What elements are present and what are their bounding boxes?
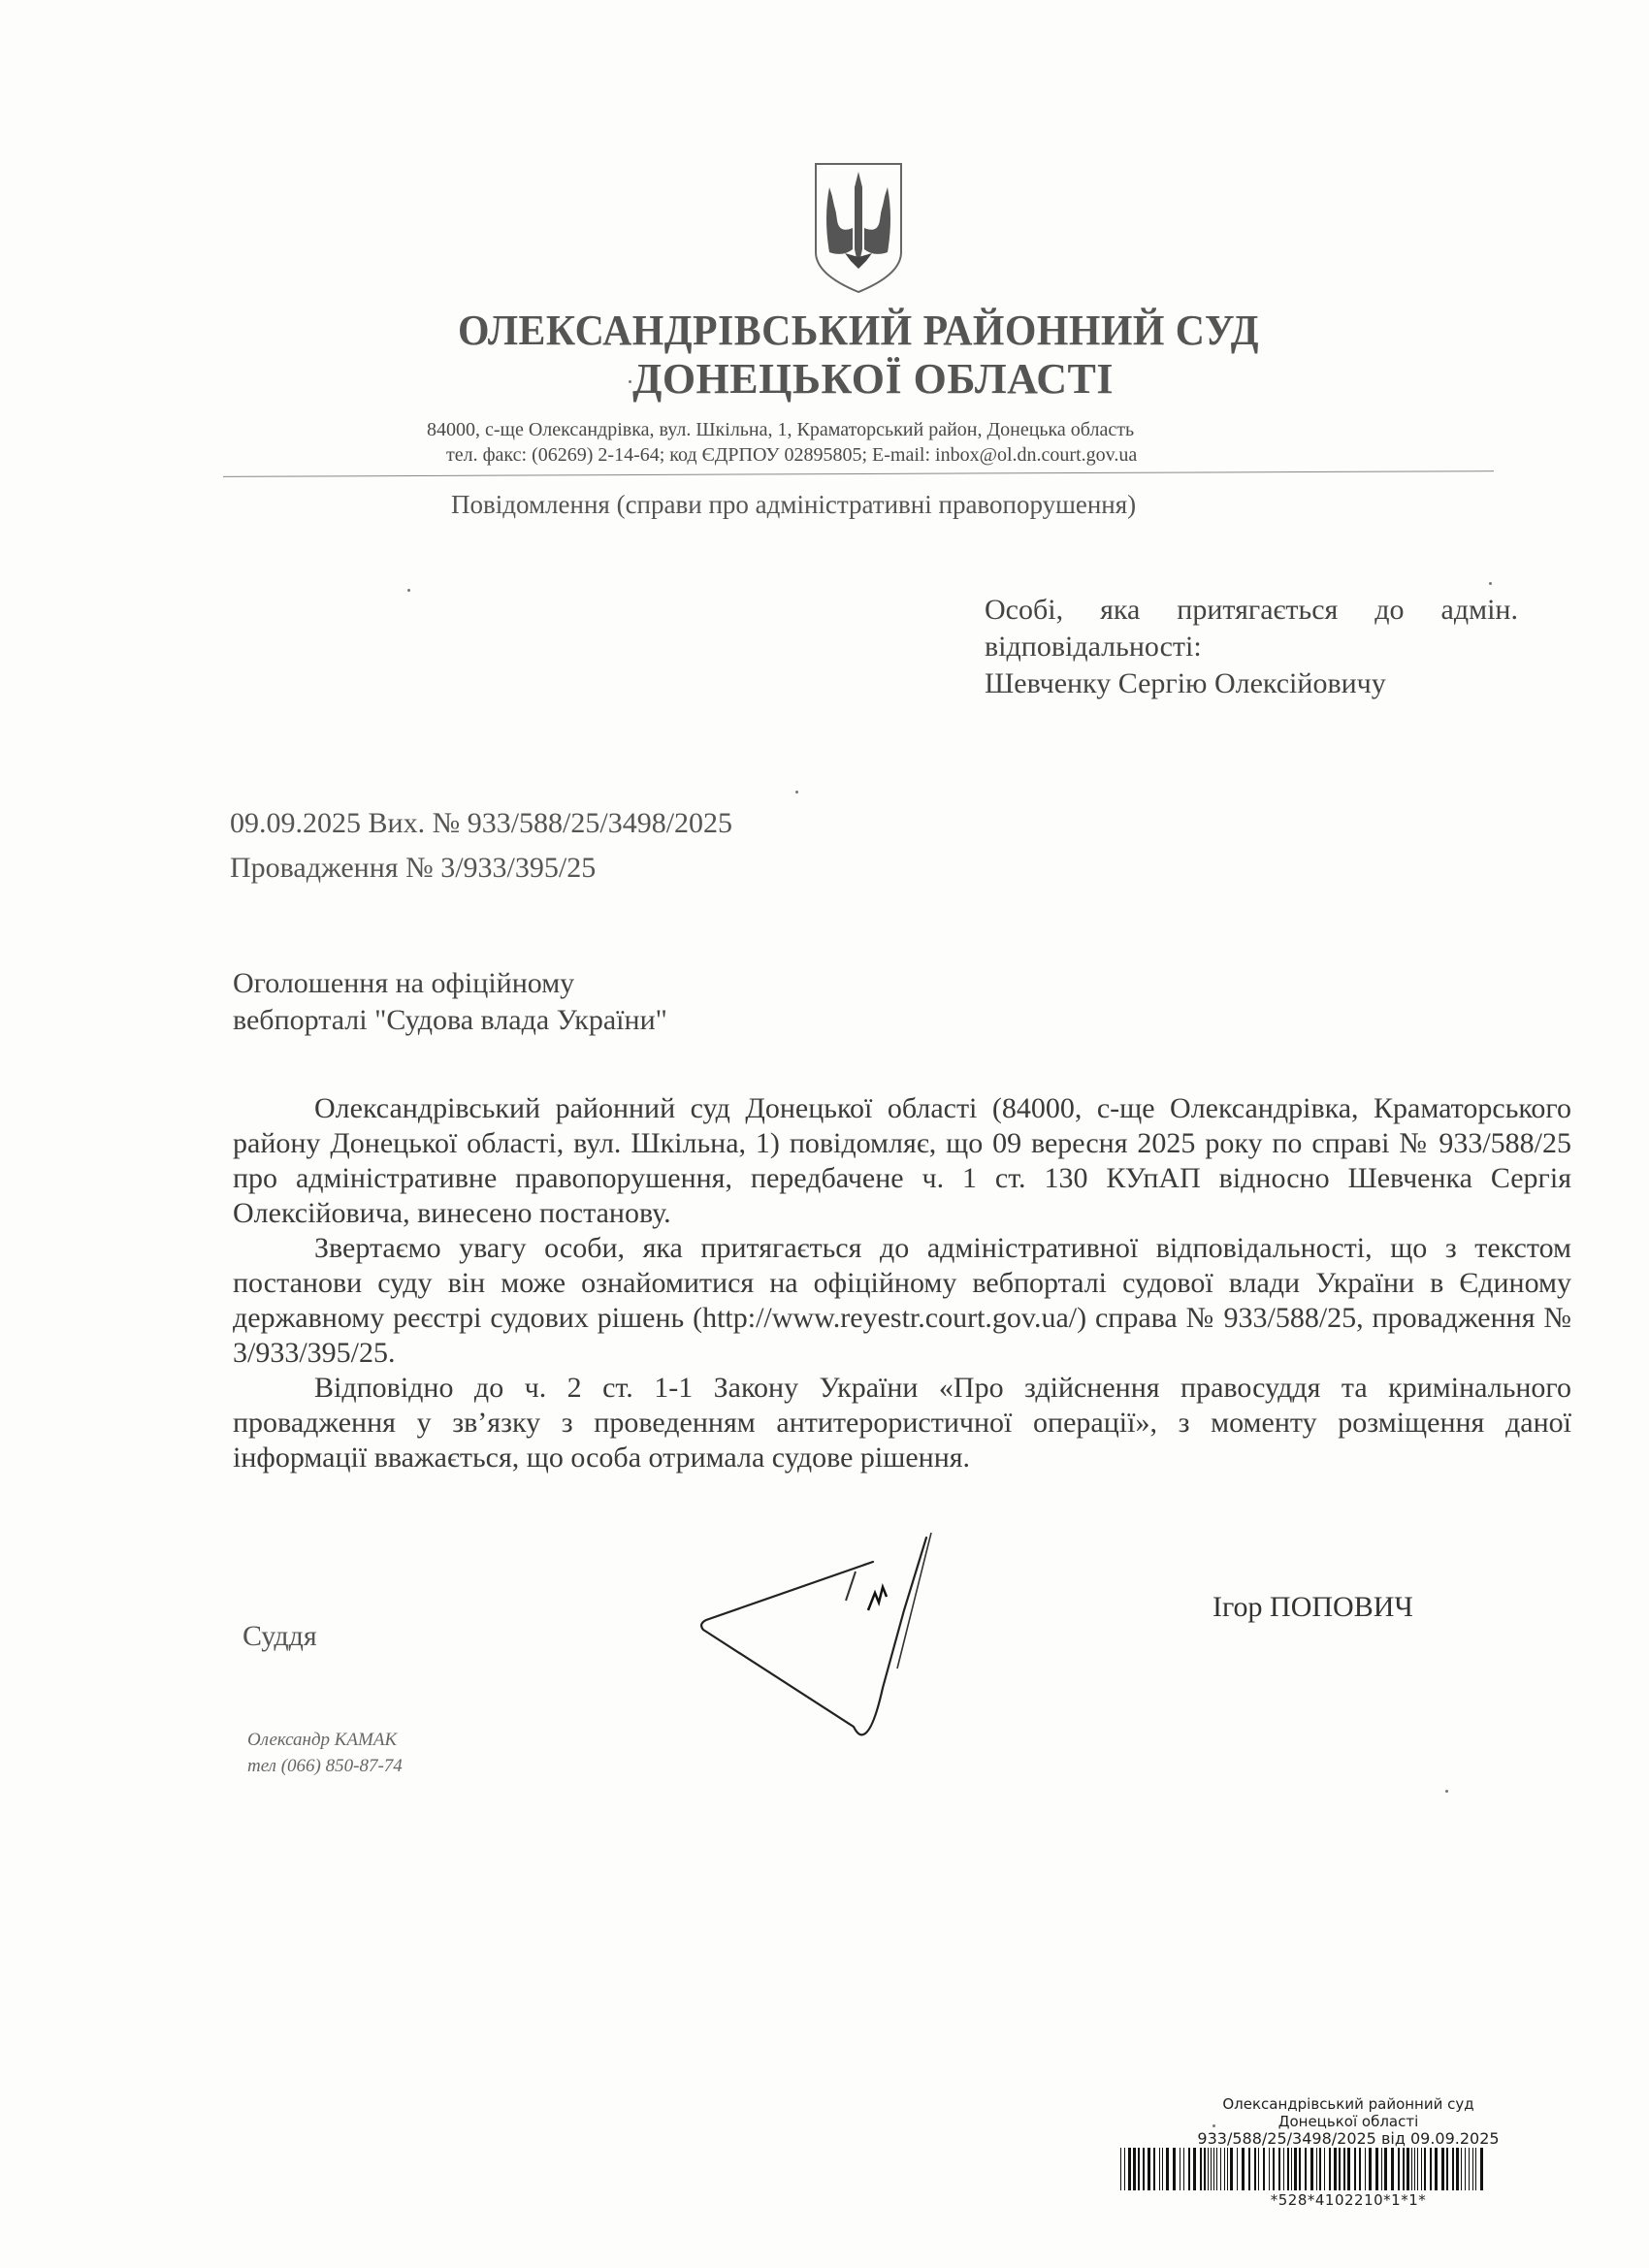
notice-body: Олександрівський районний суд Донецької … — [233, 1091, 1571, 1475]
body-paragraph: Олександрівський районний суд Донецької … — [233, 1091, 1571, 1231]
scan-speck — [1212, 2124, 1215, 2127]
scan-speck — [1489, 582, 1492, 585]
announcement-line2: вебпорталі "Судова влада України" — [233, 1002, 667, 1039]
executor-name: Олександр КАМАК — [247, 1730, 397, 1751]
court-name-line2: ДОНЕЦЬКОЇ ОБЛАСТІ — [126, 354, 1620, 404]
addressee-word: Особі, — [985, 592, 1063, 629]
scan-speck — [795, 791, 798, 794]
ukraine-trident-emblem-icon — [810, 160, 907, 296]
stamp-registration: 933/588/25/3498/2025 від 09.09.2025 — [1096, 2130, 1600, 2148]
barcode — [1120, 2148, 1576, 2190]
stamp-court-line2: Донецької області — [1096, 2113, 1600, 2130]
executor-phone: тел (066) 850-87-74 — [247, 1756, 403, 1777]
header-divider — [223, 470, 1494, 477]
court-contacts: тел. факс: (06269) 2-14-64; код ЄДРПОУ 0… — [446, 444, 1137, 467]
barcode-text: *528*4102210*1*1* — [1096, 2191, 1600, 2209]
outgoing-number: 09.09.2025 Вих. № 933/588/25/3498/2025 — [230, 807, 732, 840]
addressee-word: притягається — [1177, 592, 1338, 629]
addressee-line1: Особі, яка притягається до адмін. — [985, 592, 1518, 629]
body-paragraph: Звертаємо увагу особи, яка притягається … — [233, 1231, 1571, 1371]
judge-name: Ігор ПОПОВИЧ — [1212, 1591, 1413, 1624]
handwritten-signature-icon — [689, 1533, 999, 1766]
judge-role-label: Суддя — [242, 1620, 317, 1653]
addressee-block: Особі, яка притягається до адмін. відпов… — [985, 592, 1518, 702]
scan-speck — [1445, 1790, 1448, 1793]
document-subtitle: Повідомлення (справи про адміністративні… — [451, 490, 1136, 520]
scan-speck — [407, 589, 410, 592]
proceeding-number: Провадження № 3/933/395/25 — [230, 852, 596, 885]
stamp-court-line1: Олександрівський районний суд — [1096, 2095, 1600, 2113]
court-address: 84000, с-ще Олександрівка, вул. Шкільна,… — [427, 419, 1134, 441]
scan-speck — [629, 380, 631, 383]
addressee-word: до — [1374, 592, 1404, 629]
announcement-line1: Оголошення на офіційному — [233, 965, 574, 1002]
addressee-name: Шевченку Сергію Олексійовичу — [985, 665, 1518, 702]
addressee-word: адмін. — [1441, 592, 1518, 629]
body-paragraph: Відповідно до ч. 2 ст. 1-1 Закону Україн… — [233, 1371, 1571, 1475]
court-name-line1: ОЛЕКСАНДРІВСЬКИЙ РАЙОННИЙ СУД — [43, 306, 1649, 355]
registration-stamp: Олександрівський районний суд Донецької … — [1096, 2095, 1600, 2209]
addressee-line2: відповідальності: — [985, 629, 1518, 665]
addressee-word: яка — [1100, 592, 1140, 629]
